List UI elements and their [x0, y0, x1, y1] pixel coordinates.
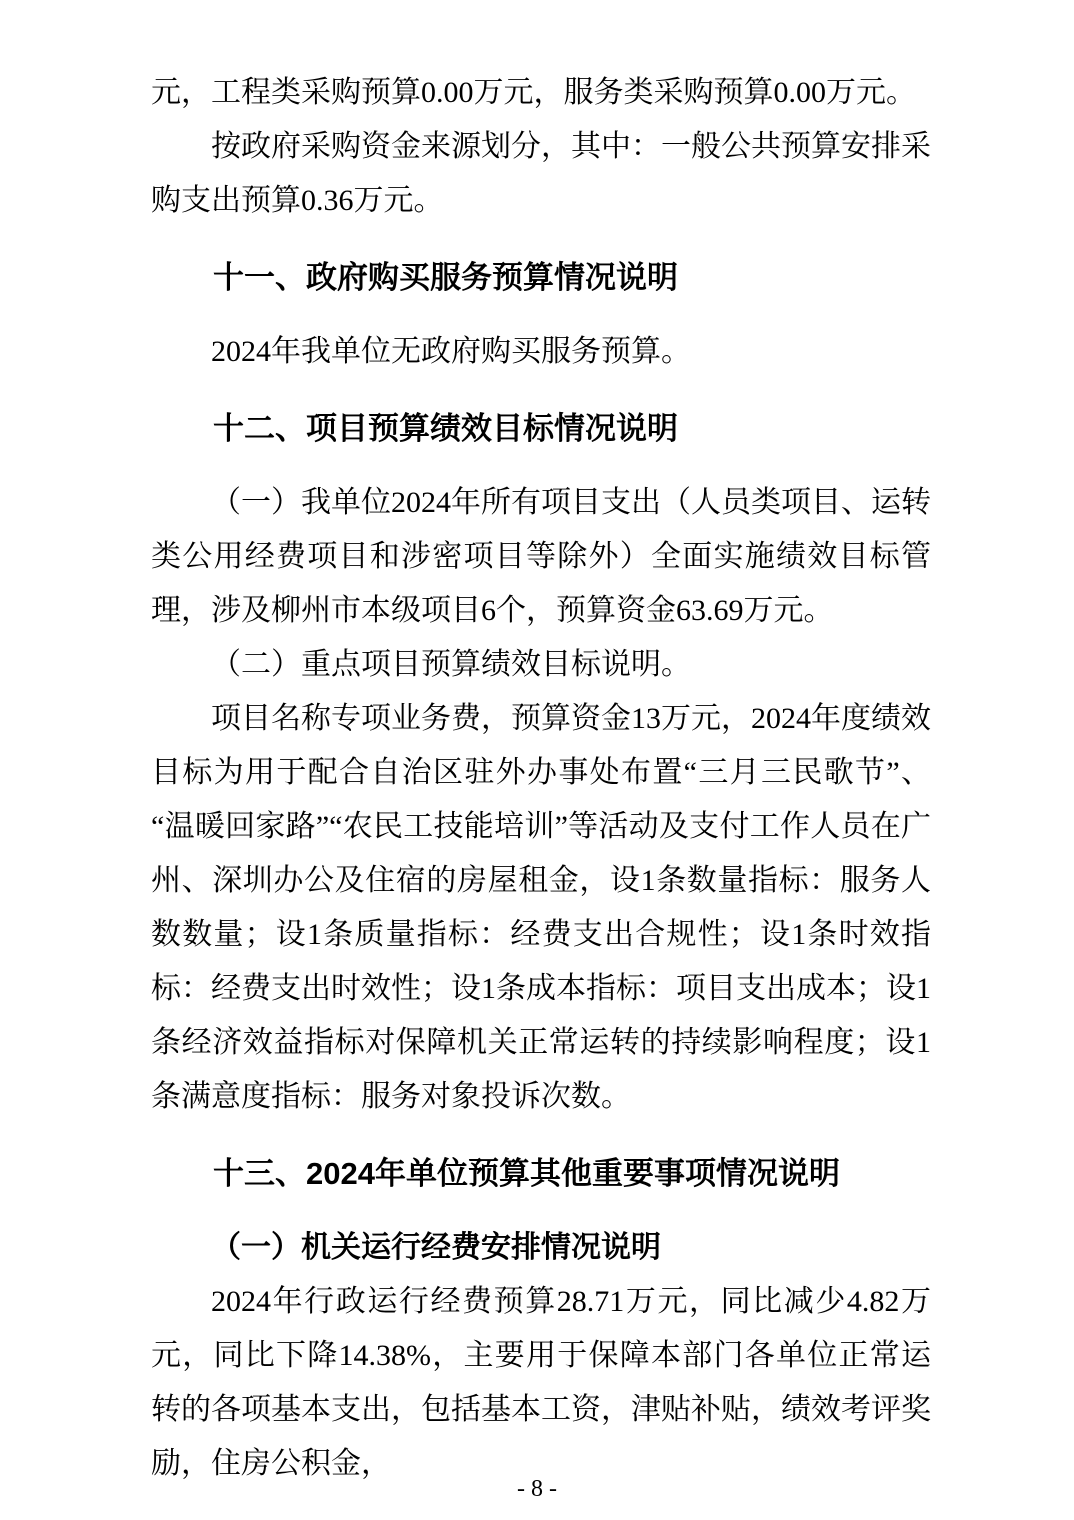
paragraph-performance-target-management: （一）我单位2024年所有项目支出（人员类项目、运转类公用经费项目和涉密项目等除…: [151, 476, 931, 638]
paragraph-administrative-operating-budget: 2024年行政运行经费预算28.71万元，同比减少4.82万元，同比下降14.3…: [151, 1275, 931, 1491]
section-heading-13-other-important-matters: 十三、2024年单位预算其他重要事项情况说明: [151, 1147, 931, 1201]
paragraph-procurement-funding-source: 按政府采购资金来源划分，其中：一般公共预算安排采购支出预算0.36万元。: [151, 120, 931, 228]
section-heading-12-project-performance-targets: 十二、项目预算绩效目标情况说明: [151, 402, 931, 456]
document-content: 元，工程类采购预算0.00万元，服务类采购预算0.00万元。 按政府采购资金来源…: [151, 66, 931, 1491]
section-heading-11-government-purchase-services: 十一、政府购买服务预算情况说明: [151, 251, 931, 305]
paragraph-procurement-continuation: 元，工程类采购预算0.00万元，服务类采购预算0.00万元。: [151, 66, 931, 120]
sub-heading-agency-operating-expenses: （一）机关运行经费安排情况说明: [151, 1221, 931, 1275]
paragraph-special-business-fee-details: 项目名称专项业务费，预算资金13万元，2024年度绩效目标为用于配合自治区驻外办…: [151, 692, 931, 1124]
document-page: 元，工程类采购预算0.00万元，服务类采购预算0.00万元。 按政府采购资金来源…: [0, 0, 1074, 1520]
paragraph-no-government-purchase-budget: 2024年我单位无政府购买服务预算。: [151, 325, 931, 379]
page-number: - 8 -: [0, 1476, 1074, 1503]
paragraph-key-project-performance-intro: （二）重点项目预算绩效目标说明。: [151, 638, 931, 692]
